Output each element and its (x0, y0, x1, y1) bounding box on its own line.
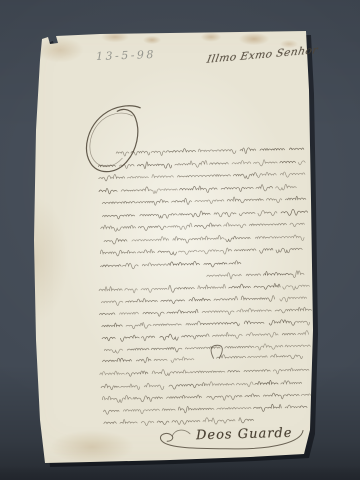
handwriting-line (166, 395, 201, 398)
handwriting-line (104, 238, 127, 244)
handwriting-line (102, 201, 135, 203)
handwriting-line (152, 174, 174, 178)
handwriting-line (195, 235, 224, 239)
handwriting-line (99, 174, 125, 181)
handwriting-line (116, 152, 129, 157)
photo-bottom-vignette (0, 466, 360, 480)
handwriting-line (173, 236, 195, 243)
handwriting-line (169, 285, 195, 293)
handwriting-line (270, 354, 302, 360)
handwriting-line (300, 406, 307, 408)
handwriting-line (178, 250, 197, 254)
pencil-date-annotation: 13-5-98 (96, 48, 156, 63)
handwriting-line (168, 261, 200, 265)
handwriting-line (298, 330, 309, 334)
handwriting-line (225, 346, 254, 348)
handwriting-line (298, 161, 305, 165)
handwriting-line (198, 149, 220, 152)
handwriting-line (100, 313, 115, 315)
handwriting-line (214, 296, 238, 300)
handwriting-line (226, 236, 251, 242)
handwriting-line (102, 337, 115, 341)
handwriting-line (293, 271, 304, 278)
handwriting-line (153, 188, 178, 193)
handwriting-line (189, 297, 210, 301)
handwriting-line (178, 406, 214, 413)
handwriting-line (172, 420, 200, 425)
photo-background: 13-5-98 Illmo Exmo Senhor Deos Guarde (0, 0, 360, 480)
handwriting-line (280, 161, 296, 163)
handwriting-line (229, 284, 251, 288)
handwriting-svg (0, 0, 360, 480)
handwriting-line (290, 223, 305, 227)
handwriting-line (120, 335, 139, 342)
handwriting-line (289, 148, 304, 150)
handwriting-line (206, 174, 231, 176)
handwriting-line (99, 286, 122, 290)
handwriting-line (162, 408, 175, 410)
handwriting-line (132, 236, 169, 241)
handwriting-line (167, 309, 198, 313)
handwriting-line (102, 358, 131, 362)
handwriting-line (245, 394, 260, 397)
signature-script: Deos Guarde (196, 426, 293, 444)
handwriting-line (217, 407, 251, 409)
handwriting-line (203, 322, 239, 326)
handwriting-line (281, 209, 308, 216)
handwriting-line (101, 224, 136, 231)
handwriting-line (102, 323, 123, 327)
handwriting-line (122, 263, 138, 269)
handwriting-line (133, 395, 163, 402)
handwriting-line (125, 288, 138, 293)
handwriting-line (248, 356, 268, 358)
handwriting-line (285, 196, 306, 200)
handwriting-line (179, 186, 217, 194)
handwriting-line (282, 333, 295, 335)
handwriting-line (138, 226, 166, 231)
handwriting-line (263, 271, 292, 275)
handwriting-line (153, 323, 181, 325)
handwriting-line (239, 417, 254, 423)
handwriting-line (220, 248, 232, 254)
handwriting-line (256, 184, 273, 191)
handwriting-line (280, 297, 307, 302)
handwriting-line (120, 419, 137, 423)
handwriting-line (237, 308, 272, 312)
handwriting-line (224, 222, 246, 228)
handwriting-line (255, 343, 283, 350)
handwriting-line (127, 348, 149, 350)
handwriting-line (239, 212, 255, 215)
handwriting-line (207, 395, 242, 400)
handwriting-line (232, 160, 251, 164)
handwriting-line (99, 188, 117, 194)
handwriting-line (281, 380, 302, 384)
handwriting-line (104, 349, 122, 354)
handwriting-line (241, 295, 275, 302)
handwriting-line (236, 382, 253, 387)
handwriting-line (212, 332, 242, 339)
handwriting-line (246, 332, 278, 338)
handwriting-line (104, 422, 117, 424)
handwriting-line (154, 359, 167, 361)
handwriting-line (158, 251, 177, 256)
handwriting-line (137, 161, 172, 169)
handwriting-line (273, 235, 304, 241)
handwriting-line (151, 151, 165, 156)
handwriting-line (100, 249, 135, 256)
handwriting-line (255, 236, 273, 238)
handwriting-line (151, 347, 182, 352)
handwriting-line (171, 357, 194, 363)
handwriting-line (102, 214, 134, 219)
handwriting-line (203, 417, 235, 424)
handwriting-line (285, 345, 310, 347)
handwriting-line (179, 211, 211, 218)
handwriting-line (141, 336, 154, 341)
handwriting-line (101, 301, 123, 306)
handwriting-line (143, 312, 164, 317)
opening-capital-o (86, 106, 142, 172)
handwriting-line (160, 334, 179, 341)
handwriting-line (126, 371, 148, 377)
handwriting-line (273, 368, 309, 374)
handwriting-line (210, 162, 229, 164)
handwriting-line (142, 262, 166, 265)
handwriting-line (266, 198, 281, 203)
handwriting-line (190, 370, 225, 372)
handwriting-line (140, 213, 178, 218)
handwriting-line (120, 312, 139, 314)
handwriting-line (246, 274, 261, 276)
handwriting-line (136, 199, 168, 205)
handwriting-line (275, 307, 312, 313)
handwriting-line (157, 421, 169, 425)
handwriting-line (102, 395, 131, 403)
handwriting-line (152, 369, 189, 376)
handwriting-line (258, 210, 277, 216)
handwriting-line (285, 405, 300, 408)
handwriting-line (144, 383, 164, 390)
handwriting-line (186, 321, 204, 325)
handwriting-line (136, 357, 151, 363)
handwriting-line (227, 196, 263, 203)
handwriting-line (141, 421, 154, 426)
handwriting-line (263, 393, 299, 400)
handwriting-line (214, 212, 236, 217)
handwriting-line (255, 380, 278, 384)
handwriting-line (280, 172, 305, 178)
handwriting-line (301, 394, 310, 396)
handwriting-line (137, 249, 154, 253)
handwriting-line (283, 285, 310, 290)
handwriting-line (254, 283, 280, 289)
handwriting-line (233, 173, 257, 179)
handwriting-line (195, 200, 224, 204)
handwriting-line (125, 298, 157, 302)
handwriting-line (257, 172, 276, 178)
handwriting-line (244, 369, 270, 371)
handwriting-line (101, 265, 122, 267)
handwriting-line (249, 223, 286, 225)
handwriting-line (141, 288, 167, 293)
handwriting-line (229, 261, 241, 264)
handwriting-line (185, 347, 220, 349)
handwriting-line (198, 250, 219, 254)
handwriting-line (198, 284, 226, 288)
handwriting-line (169, 383, 205, 390)
handwriting-line (269, 319, 295, 325)
handwriting-line (161, 300, 185, 304)
handwriting-line (244, 321, 264, 324)
handwriting-line (234, 249, 256, 251)
handwriting-line (123, 409, 159, 414)
handwriting-line (194, 223, 221, 229)
handwriting-line (253, 159, 277, 166)
handwriting-line (202, 310, 234, 315)
handwriting-line (127, 176, 148, 178)
handwriting-line (204, 262, 227, 267)
handwriting-line (228, 370, 240, 372)
handwriting-line (295, 321, 310, 326)
handwriting-line (276, 248, 302, 253)
handwriting-line (126, 322, 151, 329)
handwriting-line (253, 404, 281, 412)
handwriting-line (171, 198, 191, 205)
handwriting-line (220, 149, 236, 154)
handwriting-line (121, 187, 152, 191)
handwriting-line (104, 410, 120, 415)
handwriting-line (100, 371, 125, 375)
handwriting-line (101, 384, 119, 390)
handwriting-line (207, 272, 242, 279)
handwriting-line (166, 148, 196, 152)
handwriting-line (240, 148, 256, 154)
handwriting-line (260, 148, 285, 150)
handwriting-line (121, 384, 140, 390)
handwriting-line (259, 248, 272, 253)
handwriting-line (131, 151, 150, 155)
handwriting-line (221, 187, 253, 192)
handwriting-line (276, 184, 297, 190)
handwriting-line (175, 161, 207, 168)
handwriting-line (167, 223, 192, 230)
handwriting-line (205, 381, 234, 385)
handwriting-line (181, 334, 209, 339)
handwriting-line (177, 175, 205, 177)
